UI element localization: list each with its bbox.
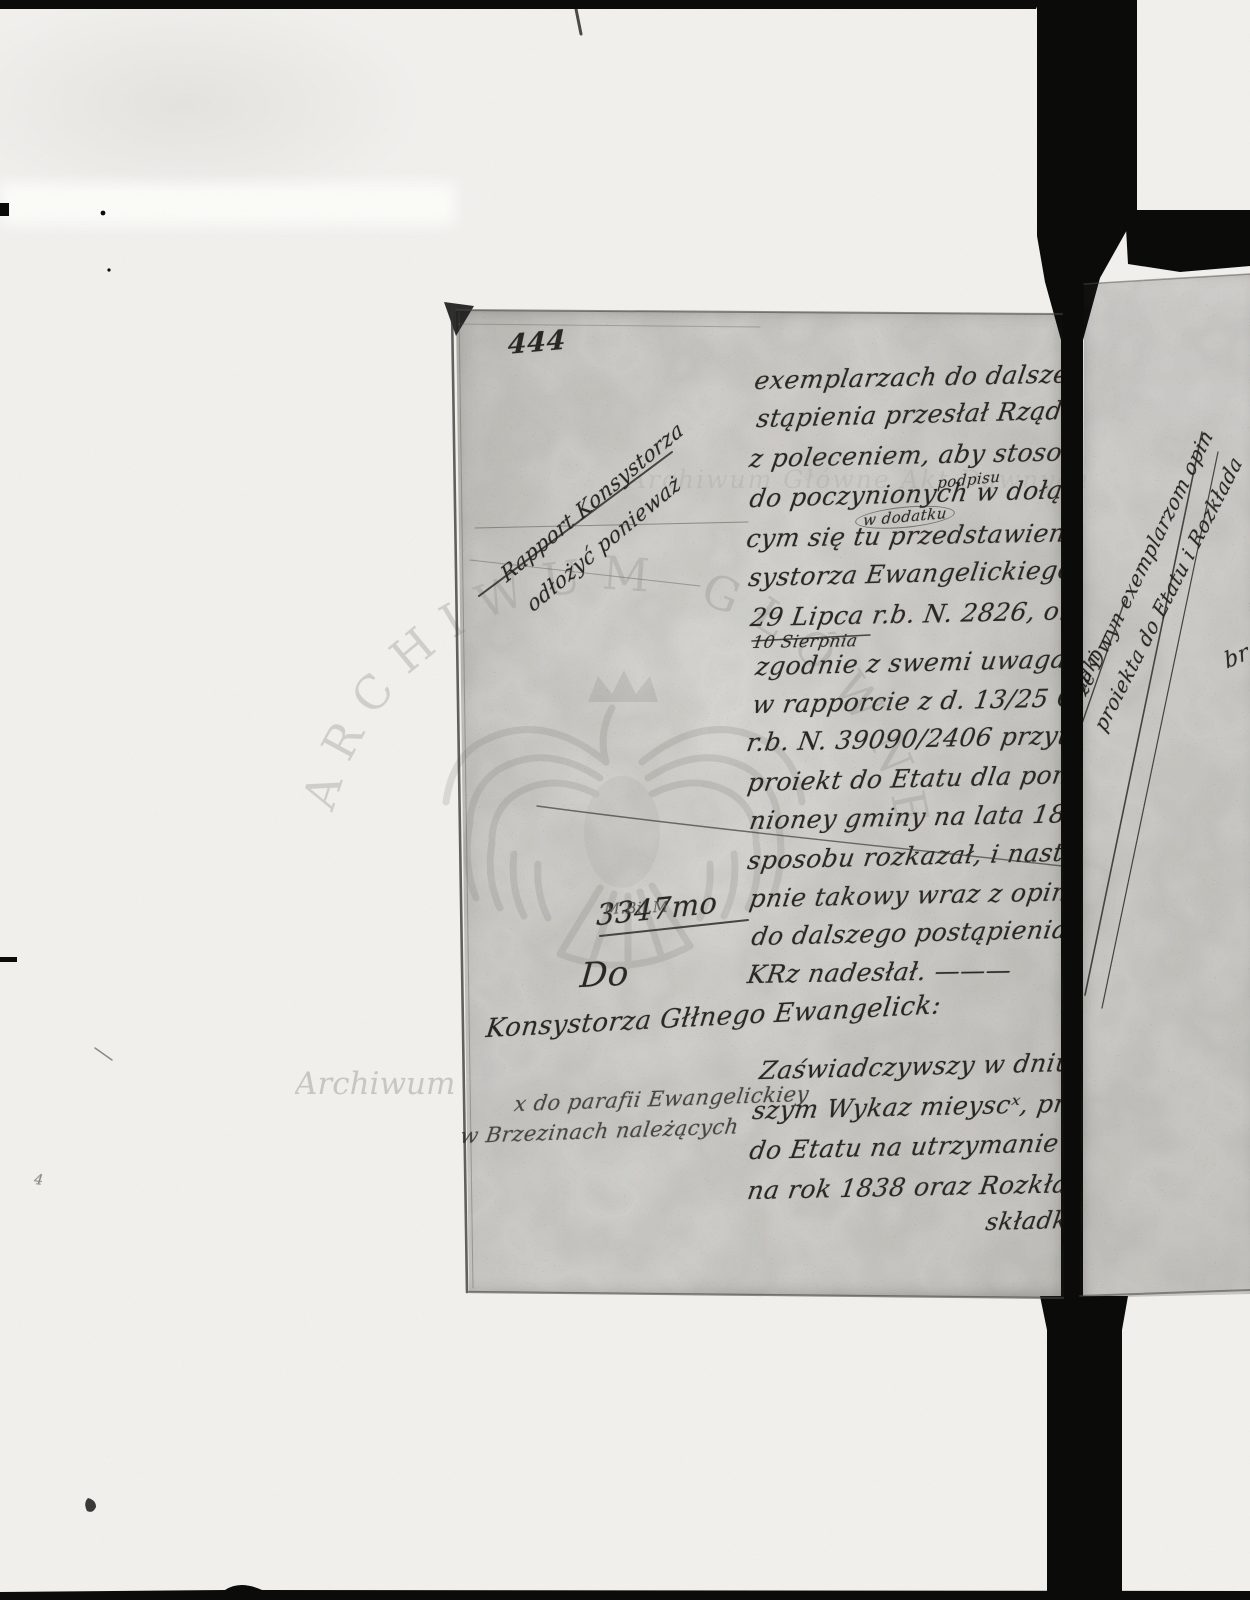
microfilm-scan: Archiwum Głów ARCHIWUM GŁÓWNE Archiwum G…: [0, 0, 1250, 1600]
film-grain-overlay: [0, 0, 1250, 1600]
